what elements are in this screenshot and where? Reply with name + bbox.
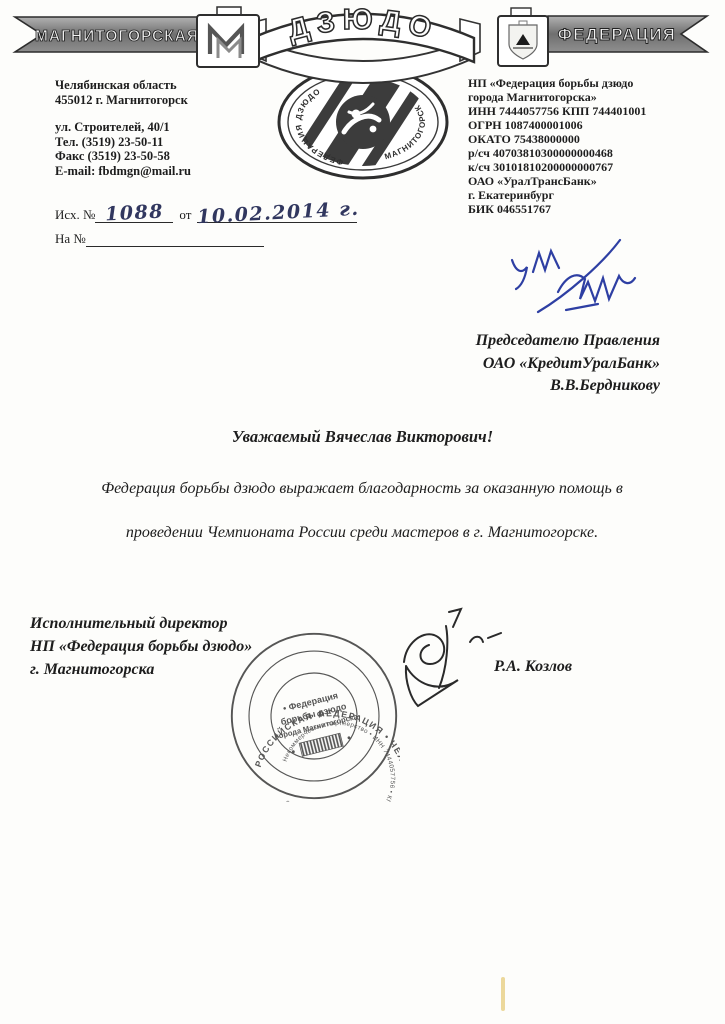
ribbon-left: МАГНИТОГОРСКАЯ	[15, 17, 199, 52]
contact-line: Факс (3519) 23-50-58	[55, 149, 191, 164]
ribbon-right-text: ФЕДЕРАЦИЯ	[558, 26, 677, 44]
scanned-letter-page: МАГНИТОГОРСКАЯ ФЕДЕРАЦИЯ	[0, 0, 725, 1024]
addressee-line: Председателю Правления	[320, 330, 660, 353]
addressee-line: В.В.Бердникову	[320, 375, 660, 398]
incoming-ref-line: На №	[55, 231, 264, 247]
requisites-line: БИК 046551767	[468, 202, 646, 216]
requisites-line: р/сч 40703810300000000468	[468, 146, 646, 160]
from-label: от	[179, 207, 191, 222]
requisites-line: города Магнитогорска»	[468, 90, 646, 104]
body-line: проведении Чемпионата России среди масте…	[52, 524, 672, 542]
ink-scribble	[500, 226, 650, 316]
requisites-line: ОАО «УралТрансБанк»	[468, 174, 646, 188]
salutation: Уважаемый Вячеслав Викторович!	[40, 427, 685, 447]
round-stamp: РОССИЙСКАЯ ФЕДЕРАЦИЯ • ЧЕЛЯБИНСКАЯ ОБЛАС…	[228, 630, 400, 802]
signer-title-line: Исполнительный директор	[30, 612, 252, 635]
banner-center-text: ДЗЮДО	[285, 4, 442, 47]
contact-block: Челябинская область 455012 г. Магнитогор…	[55, 78, 191, 178]
contact-line: ул. Строителей, 40/1	[55, 120, 191, 135]
requisites-line: ИНН 7444057756 КПП 744401001	[468, 104, 646, 118]
contact-line: Челябинская область	[55, 78, 191, 93]
requisites-line: к/сч 30101810200000000767	[468, 160, 646, 174]
addressee-block: Председателю Правления ОАО «КредитУралБа…	[320, 330, 660, 398]
outgoing-ref-line: Исх. №1088от10.02.2014 г.	[55, 200, 357, 223]
addressee-line: ОАО «КредитУралБанк»	[320, 353, 660, 376]
incoming-ref-label: На №	[55, 231, 86, 246]
requisites-block: НП «Федерация борьбы дзюдо города Магнит…	[468, 76, 646, 216]
ribbon-left-text: МАГНИТОГОРСКАЯ	[35, 28, 199, 45]
requisites-line: НП «Федерация борьбы дзюдо	[468, 76, 646, 90]
signer-title-block: Исполнительный директор НП «Федерация бо…	[30, 612, 252, 681]
signer-title-line: НП «Федерация борьбы дзюдо»	[30, 635, 252, 658]
incoming-ref-blank	[86, 231, 264, 247]
contact-line: 455012 г. Магнитогорск	[55, 93, 191, 108]
requisites-line: г. Екатеринбург	[468, 188, 646, 202]
signer-name: Р.А. Козлов	[494, 658, 572, 676]
signer-title-line: г. Магнитогорска	[30, 658, 252, 681]
outgoing-ref-number-handwritten: 1088	[105, 200, 165, 225]
contact-line: Тел. (3519) 23-50-11	[55, 135, 191, 150]
requisites-line: ОКАТО 75438000000	[468, 132, 646, 146]
ribbon-right: ФЕДЕРАЦИЯ	[548, 16, 707, 52]
date-handwritten: 10.02.2014 г.	[197, 198, 360, 228]
scan-artifact-streak	[501, 977, 505, 1011]
coat-of-arms-icon	[498, 8, 548, 66]
body-line: Федерация борьбы дзюдо выражает благодар…	[52, 480, 672, 498]
requisites-line: ОГРН 1087400001006	[468, 118, 646, 132]
outgoing-ref-label: Исх. №	[55, 207, 95, 222]
mmk-logo-icon	[197, 7, 259, 67]
contact-line: E-mail: fbdmgn@mail.ru	[55, 164, 191, 179]
svg-text:ДЗЮДО: ДЗЮДО	[285, 4, 442, 47]
